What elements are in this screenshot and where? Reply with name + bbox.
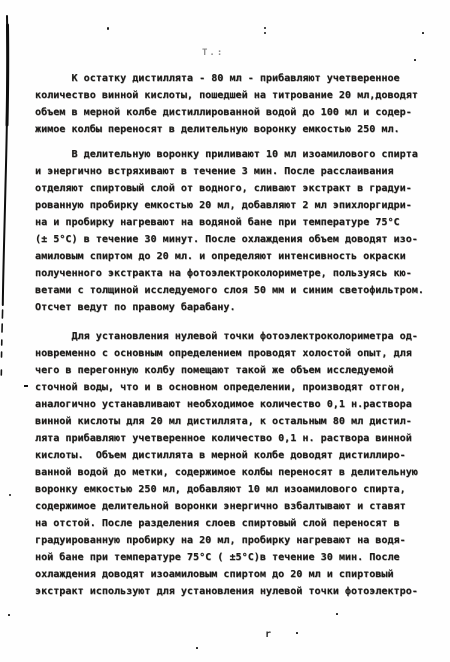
ink-speck [264, 32, 266, 34]
ink-speck [414, 59, 416, 61]
text-line: и энергично встряхивают в течение 3 мин.… [35, 163, 429, 180]
text-line: аналогично устанавливают необходимое кол… [35, 396, 429, 413]
paragraph: В делительную воронку приливают 10 мл из… [35, 146, 429, 316]
text-line: количество винной кислоты, пошедшей на т… [35, 87, 429, 104]
scanned-document-page: Т.: К остатку дистиллята - 80 мл - приба… [0, 0, 450, 662]
ink-speck [196, 647, 198, 649]
text-line: сточной воды, что и в основном определен… [35, 379, 429, 396]
ink-speck [24, 385, 28, 387]
ink-speck [422, 32, 424, 34]
paragraph: К остатку дистиллята - 80 мл - прибавляю… [35, 70, 429, 138]
text-line: К остатку дистиллята - 80 мл - прибавляю… [35, 70, 429, 87]
text-line: воронку емкостью 250 мл, добавляют 10 мл… [35, 481, 429, 498]
document-text: К остатку дистиллята - 80 мл - прибавляю… [35, 70, 429, 608]
text-line: В делительную воронку приливают 10 мл из… [35, 146, 429, 163]
text-line: охлаждения доводят изоамиловым спиртом д… [35, 566, 429, 583]
text-line: лята прибавляют учетверенное количество … [35, 430, 429, 447]
text-line: рованную пробирку емкостью 20 мл, добавл… [35, 197, 429, 214]
text-line: винной кислоты для 20 мл дистиллята, к о… [35, 413, 429, 430]
text-line: новременно с основным определением прово… [35, 345, 429, 362]
text-line: кислоты. Объем дистиллята в мерной колбе… [35, 447, 429, 464]
text-line: на и пробирку нагревают на водяной бане … [35, 214, 429, 231]
ink-speck [296, 632, 298, 634]
text-line: Для установления нулевой точки фотоэлект… [35, 328, 429, 345]
text-line: содержимое делительной воронки энергично… [35, 498, 429, 515]
text-line: амиловым спиртом до 20 мл. и определяют … [35, 248, 429, 265]
ink-speck [336, 613, 338, 615]
paragraph: Для установления нулевой точки фотоэлект… [35, 328, 429, 600]
ink-speck [264, 27, 266, 29]
text-line: ной бане при температуре 75°С ( ±5°С)в т… [35, 549, 429, 566]
text-line: на отстой. После разделения слоев спирто… [35, 515, 429, 532]
stray-ink-mark: r [265, 629, 271, 640]
text-line: жимое колбы переносят в делительную воро… [35, 121, 429, 138]
ink-speck [9, 494, 11, 496]
text-line: чего в перегонную колбу помещают такой ж… [35, 362, 429, 379]
text-line: ванной водой до метки, содержимое колбы … [35, 464, 429, 481]
text-line: отделяют спиртовый слой от водного, слив… [35, 180, 429, 197]
ink-speck [8, 614, 10, 616]
text-line: (± 5°С) в течение 30 минут. После охлажд… [35, 231, 429, 248]
text-line: полученного экстракта на фотоэлектроколо… [35, 265, 429, 282]
text-line: экстракт используют для установления нул… [35, 583, 429, 600]
text-line: ветами с толщиной исследуемого слоя 50 м… [35, 282, 429, 299]
page-number-faint: Т.: [202, 48, 224, 58]
text-line: Отсчет ведут по правому барабану. [35, 299, 429, 316]
text-line: объем в мерной колбе дистиллированной во… [35, 104, 429, 121]
ink-speck [107, 27, 109, 30]
text-line: градуированную пробирку на 20 мл, пробир… [35, 532, 429, 549]
